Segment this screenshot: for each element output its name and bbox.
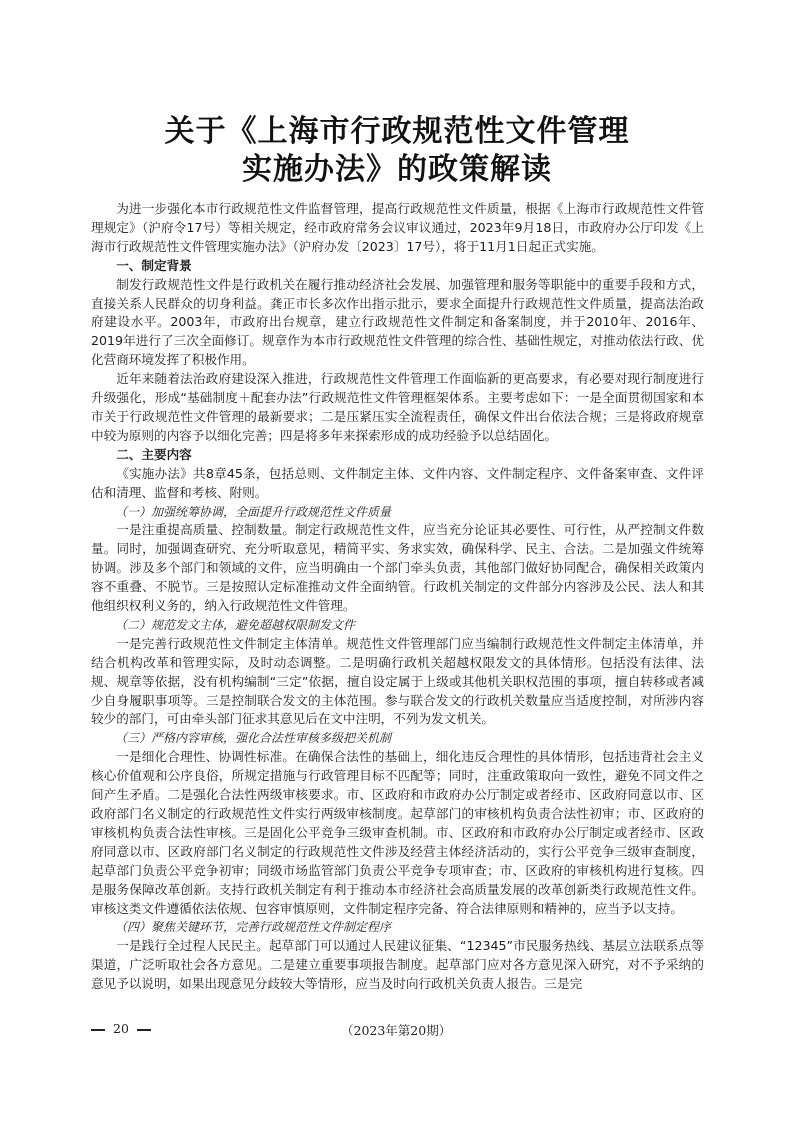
section-heading-main-content: 二、主要内容 [91, 446, 704, 465]
page-footer: 20 （2023年第20期） [91, 1021, 704, 1039]
page-number-value: 20 [113, 1021, 129, 1036]
article-body: 为进一步强化本市行政规范性文件监督管理，提高行政规范性文件质量，根据《上海市行政… [91, 200, 704, 994]
subsection-heading-1: （一）加强统筹协调，全面提升行政规范性文件质量 [91, 503, 704, 522]
body-paragraph: 一是注重提高质量、控制数量。制定行政规范性文件，应当充分论证其必要性、可行性，从… [91, 521, 704, 616]
body-paragraph: 一是细化合理性、协调性标准。在确保合法性的基础上，细化违反合理性的具体情形，包括… [91, 748, 704, 918]
body-paragraph: 近年来随着法治政府建设深入推进，行政规范性文件管理工作面临新的更高要求，有必要对… [91, 370, 704, 446]
title-line-1: 关于《上海市行政规范性文件管理 [90, 113, 704, 151]
title-line-2: 实施办法》的政策解读 [90, 151, 704, 189]
body-paragraph: 《实施办法》共8章45条，包括总则、文件制定主体、文件内容、文件制定程序、文件备… [91, 465, 704, 503]
subsection-heading-4: （四）聚焦关键环节，完善行政规范性文件制定程序 [91, 918, 704, 937]
body-paragraph: 一是践行全过程人民民主。起草部门可以通过人民建议征集、“12345”市民服务热线… [91, 937, 704, 994]
document-title: 关于《上海市行政规范性文件管理 实施办法》的政策解读 [90, 113, 704, 189]
subsection-heading-3: （三）严格内容审核，强化合法性审核多级把关机制 [91, 729, 704, 748]
body-paragraph: 一是完善行政规范性文件制定主体清单。规范性文件管理部门应当编制行政规范性文件制定… [91, 635, 704, 730]
dash-decoration [137, 1029, 151, 1031]
subsection-heading-2: （二）规范发文主体，避免超越权限制发文件 [91, 616, 704, 635]
dash-decoration [91, 1029, 105, 1031]
document-page: 关于《上海市行政规范性文件管理 实施办法》的政策解读 为进一步强化本市行政规范性… [0, 0, 793, 1122]
intro-paragraph: 为进一步强化本市行政规范性文件监督管理，提高行政规范性文件质量，根据《上海市行政… [91, 200, 704, 257]
issue-label: （2023年第20期） [341, 1021, 451, 1039]
page-number: 20 [91, 1021, 159, 1036]
body-paragraph: 制发行政规范性文件是行政机关在履行推动经济社会发展、加强管理和服务等职能中的重要… [91, 276, 704, 371]
section-heading-background: 一、制定背景 [91, 257, 704, 276]
